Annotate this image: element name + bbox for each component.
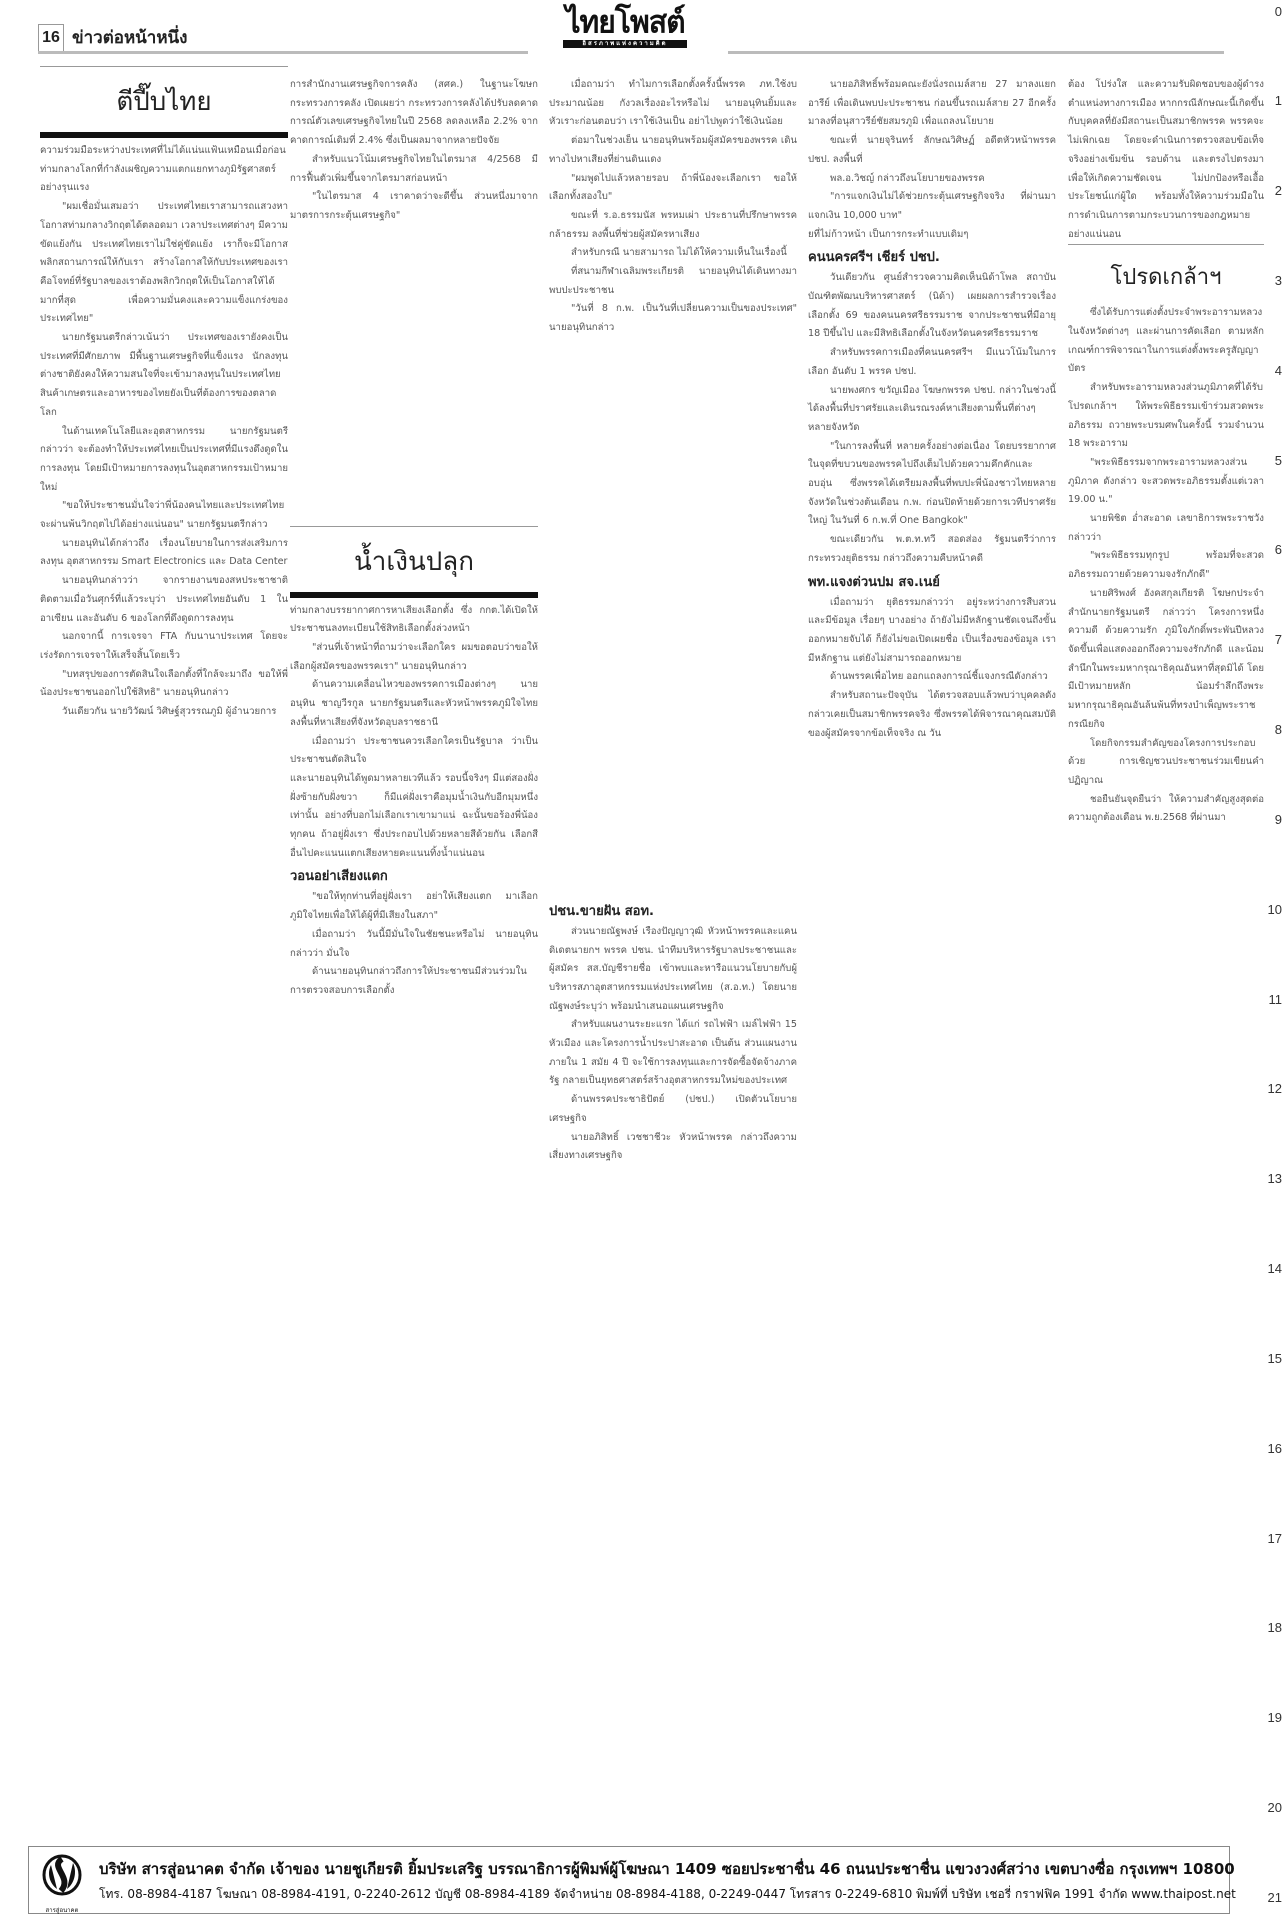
article-paragraph: นายศิริพงศ์ อังคสกุลเกียรติ โฆษกประจำสำน… <box>1068 585 1264 735</box>
column-1: ตีปี๊บไทย ความร่วมมือระหว่างประเทศที่ไม่… <box>40 66 288 722</box>
article-paragraph: นายอภิสิทธิ์ เวชชาชีวะ หัวหน้าพรรค กล่าว… <box>549 1129 797 1166</box>
article-paragraph: นายพิชิต อ่ำสะอาด เลขาธิการพระราชวัง กล่… <box>1068 510 1264 547</box>
line-number: 3 <box>1275 273 1282 288</box>
article-paragraph: สำหรับแนวโน้มเศรษฐกิจไทยในไตรมาส 4/2568 … <box>290 151 538 188</box>
article-paragraph: สำหรับพรรคการเมืองที่คนนครศรีฯ มีแนวโน้ม… <box>808 344 1056 381</box>
article-paragraph: เมื่อถามว่า ยุติธรรมกล่าวว่า อยู่ระหว่าง… <box>808 594 1056 669</box>
article-paragraph: "พระพิธีธรรมจากพระอารามหลวงส่วนภูมิภาค ด… <box>1068 454 1264 510</box>
line-number: 11 <box>1269 992 1283 1007</box>
heading-rule <box>290 592 538 598</box>
subheading: ปชน.ขายฝัน สอท. <box>549 900 797 921</box>
column-2: การสำนักงานเศรษฐกิจการคลัง (สศค.) ในฐานะ… <box>290 76 538 1001</box>
article-paragraph: เมื่อถามว่า ประชาชนควรเลือกใครเป็นรัฐบาล… <box>290 733 538 770</box>
masthead-subtitle: อิสรภาพแห่งความคิด <box>563 40 687 48</box>
article-paragraph: "การแจกเงินไม่ได้ช่วยกระตุ้นเศรษฐกิจจริง… <box>808 188 1056 225</box>
line-number: 19 <box>1268 1710 1282 1725</box>
column-4: นายอภิสิทธิ์พร้อมคณะยังนั่งรถเมล์สาย 27 … <box>808 76 1056 743</box>
header-rule-right <box>728 51 1224 54</box>
article-paragraph: ซึ่งได้รับการแต่งตั้งประจำพระอารามหลวงใน… <box>1068 304 1264 379</box>
article-paragraph: "ในการลงพื้นที่ หลายครั้งอย่างต่อเนื่อง … <box>808 438 1056 532</box>
article-paragraph: วันเดียวกัน นายวิวัฒน์ วิศิษฐ์สุวรรณภูมิ… <box>40 703 288 722</box>
article-paragraph: "ส่วนที่เจ้าหน้าที่ถามว่าจะเลือกใคร ผมขอ… <box>290 639 538 676</box>
header-rule-left <box>38 51 528 54</box>
line-number: 15 <box>1268 1351 1282 1366</box>
article-paragraph: ที่สนามกีฬาเฉลิมพระเกียรติ นายอนุทินได้เ… <box>549 263 797 300</box>
article-paragraph: นายอนุทินกล่าวว่า จากรายงานของสหประชาชาต… <box>40 572 288 628</box>
line-number-gutter: 0 1 2 3 4 5 6 7 8 9 10 11 12 13 14 15 16… <box>1266 0 1286 1920</box>
line-number: 0 <box>1275 4 1282 19</box>
article-paragraph: "ขอให้ประชาชนมั่นใจว่าพี่น้องคนไทยและประ… <box>40 497 288 534</box>
article-paragraph: สำหรับกรณี นายสามารถ ไม่ได้ให้ความเห็นใน… <box>549 244 797 263</box>
article-paragraph: ส่วนนายณัฐพงษ์ เรืองปัญญาวุฒิ หัวหน้าพรร… <box>549 923 797 1017</box>
article-paragraph: ด้านพรรคเพื่อไทย ออกแถลงการณ์ชี้แจงกรณีด… <box>808 668 1056 687</box>
subheading: คนนครศรีฯ เชียร์ ปชป. <box>808 246 1056 267</box>
line-number: 21 <box>1268 1890 1282 1905</box>
line-number: 10 <box>1268 902 1282 917</box>
article-paragraph: ขณะที่ นายจุรินทร์ ลักษณวิศิษฏ์ อดีตหัวห… <box>808 132 1056 169</box>
article-paragraph: นายกรัฐมนตรีกล่าวเน้นว่า ประเทศของเรายัง… <box>40 329 288 423</box>
subheading: วอนอย่าเสียงแตก <box>290 865 538 886</box>
article-paragraph: "ผมพูดไปแล้วหลายรอบ ถ้าพี่น้องจะเลือกเรา… <box>549 170 797 207</box>
article-paragraph: ด้านนายอนุทินกล่าวถึงการให้ประชาชนมีส่วน… <box>290 963 538 1000</box>
masthead-logo: ไทยโพสต์ อิสรภาพแห่งความคิด <box>557 8 693 50</box>
article-paragraph: เมื่อถามว่า ทำไมการเลือกตั้งครั้งนี้พรรค… <box>549 76 797 132</box>
article-paragraph: "พระพิธีธรรมทุกรูป พร้อมที่จะสวดอภิธรรมถ… <box>1068 547 1264 584</box>
heading-rule <box>40 132 288 138</box>
article-paragraph: ยที่ไม่ก้าวหน้า เป็นการกระทำแบบเดิมๆ <box>808 226 1056 245</box>
line-number: 13 <box>1268 1171 1282 1186</box>
line-number: 8 <box>1275 722 1282 737</box>
article-paragraph: ขณะที่ ร.อ.ธรรมนัส พรหมเผ่า ประธานที่ปรึ… <box>549 207 797 244</box>
article-paragraph: ท่ามกลางบรรยากาศการหาเสียงเลือกตั้ง ซึ่ง… <box>290 602 538 639</box>
article-paragraph: ต่อมาในช่วงเย็น นายอนุทินพร้อมผู้สมัครขอ… <box>549 132 797 169</box>
article-paragraph: เมื่อถามว่า วันนี้มีมั่นใจในชัยชนะหรือไม… <box>290 926 538 963</box>
article-paragraph: สำหรับแผนงานระยะแรก ได้แก่ รถไฟฟ้า เมล์ไ… <box>549 1016 797 1091</box>
column-5: ต้อง โปร่งใส และความรับผิดชอบของผู้ดำรงต… <box>1068 76 1264 828</box>
article-paragraph: ชอยืนยันจุดยืนว่า ให้ความสำคัญสูงสุดต่อค… <box>1068 791 1264 828</box>
line-number: 5 <box>1275 453 1282 468</box>
line-number: 14 <box>1268 1261 1282 1276</box>
article-paragraph: การสำนักงานเศรษฐกิจการคลัง (สศค.) ในฐานะ… <box>290 76 538 151</box>
line-number: 4 <box>1275 363 1282 378</box>
article-paragraph: "ผมเชื่อมั่นเสมอว่า ประเทศไทยเราสามารถแส… <box>40 198 288 329</box>
article-paragraph: "วันที่ 8 ก.พ. เป็นวันที่เปลี่ยนความเป็น… <box>549 300 797 337</box>
column-3: เมื่อถามว่า ทำไมการเลือกตั้งครั้งนี้พรรค… <box>549 76 797 1166</box>
article-paragraph: นายพงศกร ขวัญเมือง โฆษกพรรค ปชป. กล่าวใน… <box>808 382 1056 438</box>
column-heading-prot-klao: โปรดเกล้าฯ <box>1068 244 1264 304</box>
line-number: 7 <box>1275 632 1282 647</box>
article-paragraph: "บทสรุปของการตัดสินใจเลือกตั้งที่ใกล้จะม… <box>40 666 288 703</box>
publisher-info-line: บริษัท สารสู่อนาคต จำกัด เจ้าของ นายชูเก… <box>99 1857 1235 1881</box>
line-number: 16 <box>1268 1441 1282 1456</box>
page-number: 16 <box>38 24 64 52</box>
newspaper-page: 16 ข่าวต่อหน้าหนึ่ง ไทยโพสต์ อิสรภาพแห่ง… <box>0 0 1286 1920</box>
publisher-footer: สารสู่อนาคต บริษัท สารสู่อนาคต จำกัด เจ้… <box>28 1846 1230 1914</box>
article-paragraph: สำหรับสถานะปัจจุบัน ได้ตรวจสอบแล้วพบว่าบ… <box>808 687 1056 743</box>
line-number: 20 <box>1268 1800 1282 1815</box>
publisher-logo-icon: สารสู่อนาคต <box>37 1853 87 1907</box>
publisher-contact-line: โทร. 08-8984-4187 โฆษณา 08-8984-4191, 0-… <box>99 1885 1236 1904</box>
article-paragraph: ขณะเดียวกัน พ.ต.ท.ทวี สอดส่อง รัฐมนตรีว่… <box>808 531 1056 568</box>
line-number: 17 <box>1268 1531 1282 1546</box>
column-heading-nam-ngoen-pluk: น้ำเงินปลุก <box>290 526 538 592</box>
article-paragraph: พล.อ.วิชญ์ กล่าวถึงนโยบายของพรรค <box>808 170 1056 189</box>
line-number: 1 <box>1275 93 1282 108</box>
line-number: 18 <box>1268 1620 1282 1635</box>
article-paragraph: โดยกิจกรรมสำคัญของโครงการประกอบด้วย การเ… <box>1068 735 1264 791</box>
subheading: พท.แจงต่วนปม สจ.เนย์ <box>808 571 1056 592</box>
article-paragraph: วันเดียวกัน ศูนย์สำรวจความคิดเห็นนิด้าโพ… <box>808 269 1056 344</box>
article-paragraph: สำหรับพระอารามหลวงส่วนภูมิภาคที่ได้รับโป… <box>1068 379 1264 454</box>
line-number: 2 <box>1275 183 1282 198</box>
article-paragraph: "ขอให้ทุกท่านที่อยู่ฝั่งเรา อย่าให้เสียง… <box>290 888 538 925</box>
line-number: 6 <box>1275 542 1282 557</box>
article-paragraph: ด้านความเคลื่อนไหวของพรรคการเมืองต่างๆ น… <box>290 676 538 732</box>
masthead-title: ไทยโพสต์ <box>557 7 693 39</box>
line-number: 12 <box>1268 1081 1282 1096</box>
section-title: ข่าวต่อหน้าหนึ่ง <box>72 24 187 51</box>
article-paragraph: ต้อง โปร่งใส และความรับผิดชอบของผู้ดำรงต… <box>1068 76 1264 244</box>
article-paragraph: ความร่วมมือระหว่างประเทศที่ไม่ได้แน่นแฟ้… <box>40 142 288 198</box>
article-paragraph: และนายอนุทินได้พูดมาหลายเวทีแล้ว รอบนี้จ… <box>290 770 538 864</box>
line-number: 9 <box>1275 812 1282 827</box>
article-paragraph: "ในไตรมาส 4 เราคาดว่าจะดีขึ้น ส่วนหนึ่งม… <box>290 188 538 225</box>
article-paragraph: นายอภิสิทธิ์พร้อมคณะยังนั่งรถเมล์สาย 27 … <box>808 76 1056 132</box>
column-heading-tee-peep-thai: ตีปี๊บไทย <box>40 66 288 132</box>
article-paragraph: นายอนุทินได้กล่าวถึง เรื่องนโยบายในการส่… <box>40 535 288 572</box>
article-paragraph: ด้านพรรคประชาธิปัตย์ (ปชป.) เปิดตัวนโยบา… <box>549 1091 797 1128</box>
article-paragraph: ในด้านเทคโนโลยีและอุตสาหกรรม นายกรัฐมนตร… <box>40 423 288 498</box>
article-paragraph: นอกจากนี้ การเจรจา FTA กับนานาประเทศ โดย… <box>40 628 288 665</box>
